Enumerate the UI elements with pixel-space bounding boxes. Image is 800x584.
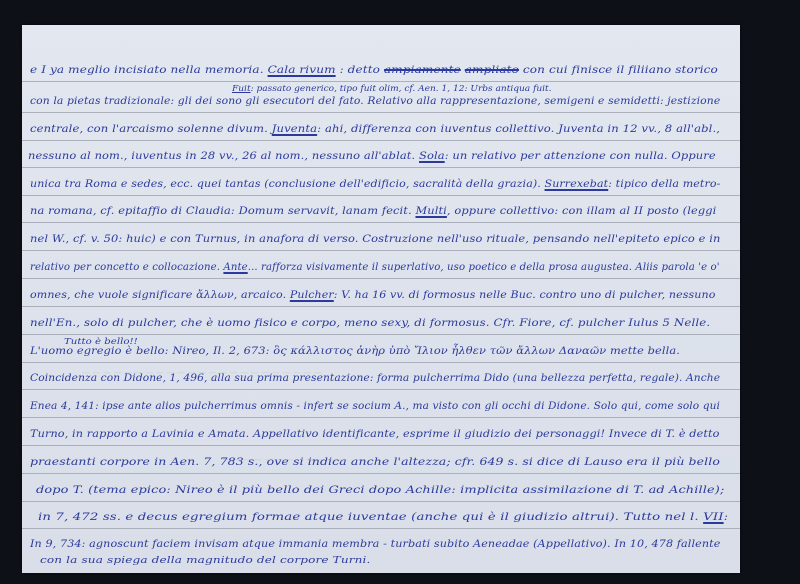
line-text: In 9, 734: agnoscunt faciem invisam atqu…: [30, 539, 720, 550]
struck-through-word: ampiamente: [384, 65, 461, 76]
ruled-line: [22, 528, 740, 529]
line-text: centrale, con l'arcaismo solenne divum.: [30, 124, 272, 135]
line-text: con la sua spiega della magnitudo del co…: [40, 556, 371, 566]
manuscript-line: relativo per concetto e collocazione. An…: [30, 262, 720, 273]
interlinear-note: Tutto è bello!!: [64, 337, 138, 346]
manuscript-line: dopo T. (tema epico: Nireo è il più bell…: [36, 485, 724, 496]
underlined-keyword: Multi: [415, 206, 446, 217]
manuscript-line: in 7, 472 ss. e decus egregium formae at…: [38, 512, 728, 523]
line-text: nel W., cf. v. 50: huic) e con Turnus, i…: [30, 234, 721, 245]
manuscript-line: Enea 4, 141: ipse ante alios pulcherrimu…: [30, 401, 720, 412]
line-text: nell'En., solo di pulcher, che è uomo fi…: [30, 318, 710, 329]
manuscript-line: Turno, in rapporto a Lavinia e Amata. Ap…: [30, 429, 720, 440]
line-text: unica tra Roma e sedes, ecc. quei tantas…: [30, 179, 545, 190]
manuscript-line: nessuno al nom., iuventus in 28 vv., 26 …: [28, 151, 716, 162]
line-text: Enea 4, 141: ipse ante alios pulcherrimu…: [30, 401, 720, 412]
underlined-keyword: Ante: [223, 262, 247, 273]
line-text: : tipico della metro-: [608, 179, 720, 190]
ruled-line: [22, 501, 740, 502]
underlined-keyword: Cala rivum: [268, 65, 336, 76]
underlined-keyword: Fuit: [232, 84, 251, 93]
underlined-keyword: Juventa: [272, 124, 317, 135]
line-text: relativo per concetto e collocazione.: [30, 262, 223, 273]
manuscript-line: praestanti corpore in Aen. 7, 783 s., ov…: [30, 457, 720, 468]
line-text: con la pietas tradizionale: gli dei sono…: [30, 96, 720, 107]
underlined-keyword: Pulcher: [290, 290, 334, 301]
line-text: omnes, che vuole significare ἄλλων, arca…: [30, 290, 290, 301]
note-text: Tutto è bello!!: [64, 337, 138, 346]
note-text: : passato generico, tipo fuit olim, cf. …: [251, 84, 552, 93]
ruled-line: [22, 389, 740, 390]
line-text: e I ya meglio incisiato nella memoria.: [30, 65, 268, 76]
manuscript-line: nel W., cf. v. 50: huic) e con Turnus, i…: [30, 234, 721, 245]
line-text: , oppure collettivo: con illam al II pos…: [447, 206, 716, 217]
ruled-line: [22, 250, 740, 251]
manuscript-line: nell'En., solo di pulcher, che è uomo fi…: [30, 318, 710, 329]
underlined-keyword: Surrexebat: [545, 179, 609, 190]
line-text: na romana, cf. epitaffio di Claudia: Dom…: [30, 206, 415, 217]
ruled-line: [22, 445, 740, 446]
interlinear-note: Fuit: passato generico, tipo fuit olim, …: [232, 84, 552, 93]
line-text: Coincidenza con Didone, 1, 496, alla sua…: [30, 373, 720, 384]
manuscript-line: con la pietas tradizionale: gli dei sono…: [30, 96, 720, 107]
underlined-keyword: VII: [703, 512, 724, 523]
manuscript-line: con la sua spiega della magnitudo del co…: [40, 556, 371, 566]
line-text: praestanti corpore in Aen. 7, 783 s., ov…: [30, 457, 720, 468]
ruled-line: [22, 112, 740, 113]
ruled-line: [22, 195, 740, 196]
ruled-line: [22, 306, 740, 307]
ruled-line: [22, 140, 740, 141]
line-text: : detto: [336, 65, 384, 76]
line-text: : ahi, differenza con iuventus collettiv…: [317, 124, 720, 135]
manuscript-line: e I ya meglio incisiato nella memoria. C…: [30, 65, 718, 76]
line-text: nessuno al nom., iuventus in 28 vv., 26 …: [28, 151, 419, 162]
line-text: dopo T. (tema epico: Nireo è il più bell…: [36, 485, 724, 496]
manuscript-line: centrale, con l'arcaismo solenne divum. …: [30, 124, 720, 135]
line-text: con cui finisce il filiiano storico: [519, 65, 718, 76]
line-text: : un relativo per attenzione con nulla. …: [445, 151, 716, 162]
ruled-line: [22, 473, 740, 474]
ruled-line: [22, 167, 740, 168]
ruled-line: [22, 81, 740, 82]
line-text: :: [724, 512, 729, 523]
manuscript-line: omnes, che vuole significare ἄλλων, arca…: [30, 290, 716, 301]
ruled-line: [22, 278, 740, 279]
manuscript-page: — — — — — — — — — — — — — — — — — — — — …: [22, 25, 740, 573]
manuscript-line: na romana, cf. epitaffio di Claudia: Dom…: [30, 206, 716, 217]
manuscript-line: L'uomo egregio è bello: Nireo, Il. 2, 67…: [30, 346, 680, 357]
manuscript-line: unica tra Roma e sedes, ecc. quei tantas…: [30, 179, 720, 190]
manuscript-line: Coincidenza con Didone, 1, 496, alla sua…: [30, 373, 720, 384]
line-text: ... rafforza visivamente il superlativo,…: [248, 262, 720, 273]
manuscript-line: In 9, 734: agnoscunt faciem invisam atqu…: [30, 539, 720, 550]
line-text: L'uomo egregio è bello: Nireo, Il. 2, 67…: [30, 346, 680, 357]
line-text: in 7, 472 ss. e decus egregium formae at…: [38, 512, 703, 523]
ruled-line: [22, 417, 740, 418]
ruled-line: [22, 334, 740, 335]
line-text: Turno, in rapporto a Lavinia e Amata. Ap…: [30, 429, 720, 440]
struck-through-word: ampliato: [465, 65, 519, 76]
line-text: : V. ha 16 vv. di formosus nelle Buc. co…: [334, 290, 716, 301]
ruled-line: [22, 362, 740, 363]
underlined-keyword: Sola: [419, 151, 445, 162]
ruled-line: [22, 222, 740, 223]
